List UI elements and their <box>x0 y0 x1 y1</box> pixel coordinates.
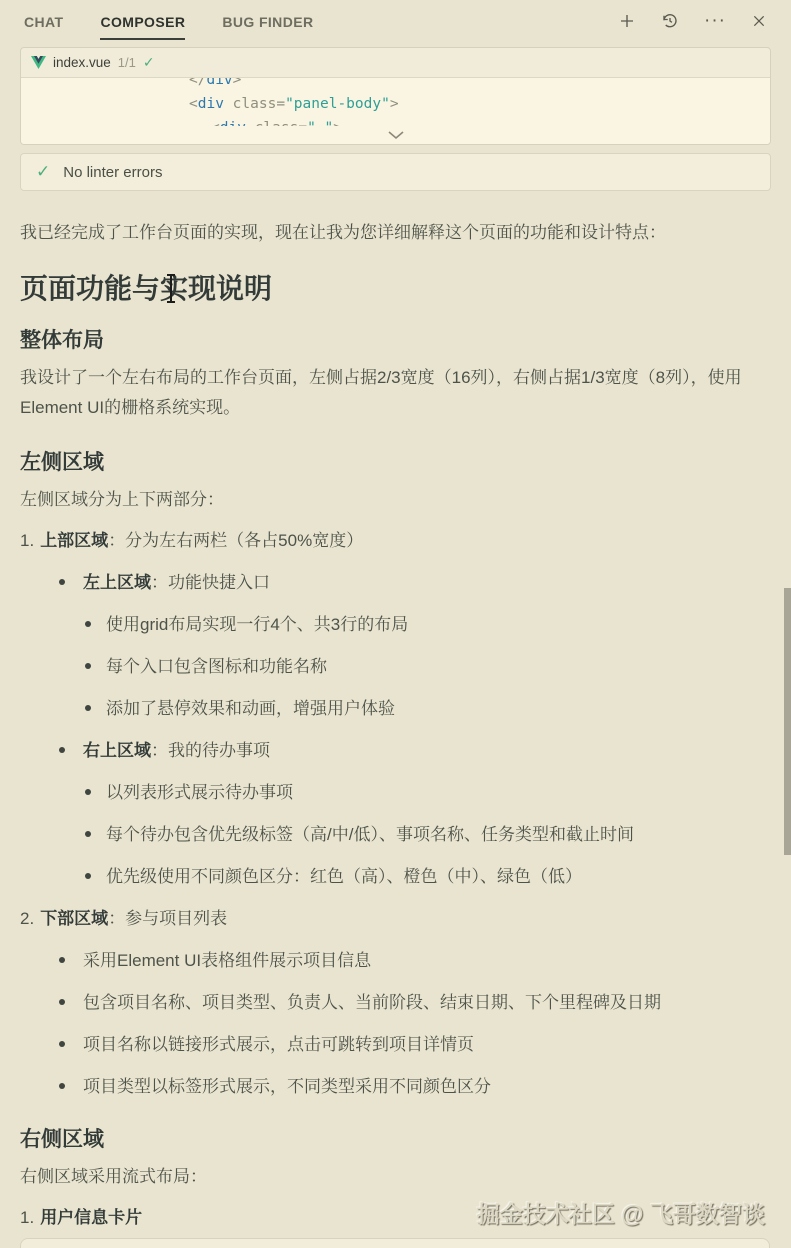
list-item: 项目类型以标签形式展示，不同类型采用不同颜色区分 <box>59 1073 771 1100</box>
list-item: 每个入口包含图标和功能名称 <box>85 653 771 680</box>
plus-icon <box>618 12 636 30</box>
intro-paragraph: 我已经完成了工作台页面的实现，现在让我为您详细解释这个页面的功能和设计特点： <box>20 221 771 245</box>
code-line-clipped: <div class="…"> <box>21 116 770 126</box>
watermark: 掘金技术社区 @ 飞哥数智谈 <box>477 1196 765 1229</box>
page-title: 页面功能与实现说明 <box>20 271 771 307</box>
numbered-item-upper: 1.上部区域：分为左右两栏（各占50%宽度） <box>20 527 771 554</box>
list-item: 左上区域：功能快捷入口 <box>59 569 771 596</box>
numbered-item-lower: 2.下部区域：参与项目列表 <box>20 905 771 932</box>
list-item: 右上区域：我的待办事项 <box>59 737 771 764</box>
vue-file-icon <box>31 56 46 69</box>
code-diff-card: index.vue 1/1 ✓ </div> <div class="panel… <box>20 47 771 145</box>
bullet-icon <box>85 873 91 879</box>
ellipsis-icon: ··· <box>704 12 726 30</box>
check-icon: ✓ <box>36 162 50 182</box>
new-composer-button[interactable] <box>616 10 638 32</box>
list-item: 项目名称以链接形式展示，点击可跳转到项目详情页 <box>59 1031 771 1058</box>
code-line: </div> <box>21 78 770 92</box>
left-top-detail-list: 使用grid布局实现一行4个、共3行的布局 每个入口包含图标和功能名称 添加了悬… <box>85 611 771 722</box>
tab-composer[interactable]: COMPOSER <box>100 14 185 40</box>
bullet-icon <box>59 957 65 963</box>
chevron-down-icon <box>388 131 404 140</box>
tab-chat[interactable]: CHAT <box>24 14 63 40</box>
bullet-icon <box>85 789 91 795</box>
list-item: 包含项目名称、项目类型、负责人、当前阶段、结束日期、下个里程碑及日期 <box>59 989 771 1016</box>
bullet-icon <box>59 999 65 1005</box>
history-icon <box>661 12 679 30</box>
close-panel-button[interactable] <box>749 11 769 31</box>
bullet-icon <box>59 1041 65 1047</box>
tab-strip: CHAT COMPOSER BUG FINDER <box>24 14 313 40</box>
topbar-actions: ··· <box>616 10 769 32</box>
list-item: 使用grid布局实现一行4个、共3行的布局 <box>85 611 771 638</box>
bullet-icon <box>85 831 91 837</box>
list-item: 优先级使用不同颜色区分：红色（高）、橙色（中）、绿色（低） <box>85 863 771 890</box>
code-card-header[interactable]: index.vue 1/1 ✓ <box>21 48 770 77</box>
expand-code-button[interactable] <box>388 131 404 140</box>
bullet-icon <box>59 579 65 585</box>
right-top-detail-list: 以列表形式展示待办事项 每个待办包含优先级标签（高/中/低）、事项名称、任务类型… <box>85 779 771 890</box>
history-button[interactable] <box>659 10 681 32</box>
lower-region-list: 采用Element UI表格组件展示项目信息 包含项目名称、项目类型、负责人、当… <box>59 947 771 1100</box>
heading-right-region: 右侧区域 <box>20 1126 771 1154</box>
list-item: 采用Element UI表格组件展示项目信息 <box>59 947 771 974</box>
bullet-icon <box>59 1083 65 1089</box>
code-preview: </div> <div class="panel-body"> <div cla… <box>21 77 770 144</box>
tab-bug-finder[interactable]: BUG FINDER <box>222 14 313 40</box>
code-line: <div class="panel-body"> <box>21 92 770 116</box>
bullet-icon <box>85 705 91 711</box>
list-item: 以列表形式展示待办事项 <box>85 779 771 806</box>
bullet-icon <box>85 621 91 627</box>
bullet-icon <box>85 663 91 669</box>
code-clip-region: </div> <div class="panel-body"> <div cla… <box>21 78 770 126</box>
code-expand-area <box>21 126 770 144</box>
lint-status-text: No linter errors <box>63 164 162 181</box>
text-cursor <box>166 274 176 303</box>
heading-overall-layout: 整体布局 <box>20 327 771 355</box>
assistant-message: 我已经完成了工作台页面的实现，现在让我为您详细解释这个页面的功能和设计特点： 页… <box>0 221 791 1231</box>
left-paragraph: 左侧区域分为上下两部分： <box>20 485 771 515</box>
check-icon: ✓ <box>143 54 155 71</box>
bullet-icon <box>59 747 65 753</box>
heading-left-region: 左侧区域 <box>20 449 771 477</box>
list-item: 每个待办包含优先级标签（高/中/低）、事项名称、任务类型和截止时间 <box>85 821 771 848</box>
lint-status-bar: ✓ No linter errors <box>20 153 771 191</box>
code-file-name: index.vue <box>53 55 111 70</box>
right-paragraph: 右侧区域采用流式布局： <box>20 1162 771 1192</box>
list-item: 添加了悬停效果和动画，增强用户体验 <box>85 695 771 722</box>
next-card-partial <box>20 1238 770 1248</box>
composer-topbar: CHAT COMPOSER BUG FINDER ··· <box>0 0 791 40</box>
scrollbar-thumb[interactable] <box>784 588 791 855</box>
more-options-button[interactable]: ··· <box>702 10 728 32</box>
upper-region-list: 右上区域：我的待办事项 <box>59 737 771 764</box>
close-icon <box>751 13 767 29</box>
upper-region-list: 左上区域：功能快捷入口 <box>59 569 771 596</box>
overall-paragraph: 我设计了一个左右布局的工作台页面，左侧占据2/3宽度（16列），右侧占据1/3宽… <box>20 363 771 423</box>
code-change-count: 1/1 <box>118 55 136 70</box>
